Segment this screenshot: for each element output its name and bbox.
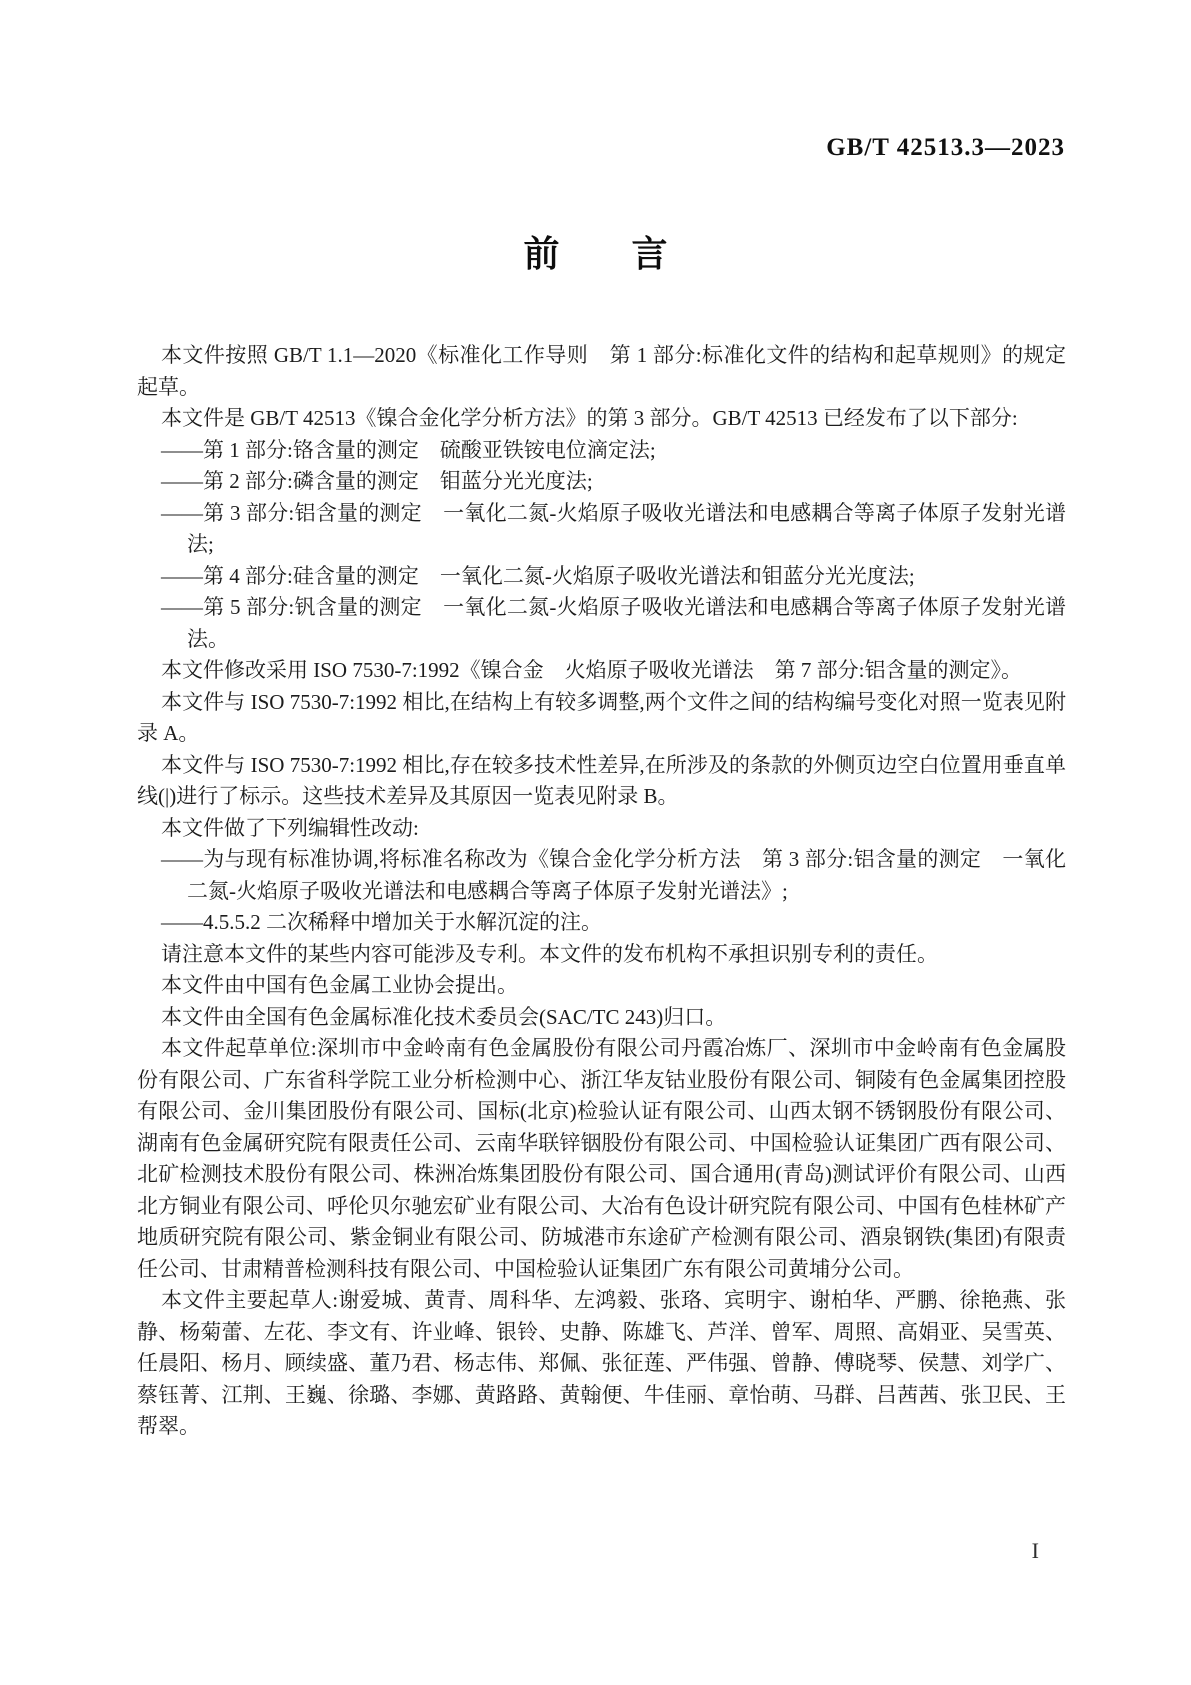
foreword-paragraph: 本文件修改采用 ISO 7530-7:1992《镍合金 火焰原子吸收光谱法 第 … <box>137 655 1066 687</box>
foreword-list-item: ——4.5.5.2 二次稀释中增加关于水解沉淀的注。 <box>137 907 1066 939</box>
foreword-list-item: ——第 3 部分:铝含量的测定 一氧化二氮-火焰原子吸收光谱法和电感耦合等离子体… <box>137 498 1066 561</box>
foreword-paragraph: 请注意本文件的某些内容可能涉及专利。本文件的发布机构不承担识别专利的责任。 <box>137 939 1066 971</box>
standard-number: GB/T 42513.3—2023 <box>137 134 1065 162</box>
foreword-list-item: ——第 2 部分:磷含量的测定 钼蓝分光光度法; <box>137 466 1066 498</box>
document-page: GB/T 42513.3—2023 前 言 本文件按照 GB/T 1.1—202… <box>0 0 1191 1685</box>
foreword-list-item: ——第 4 部分:硅含量的测定 一氧化二氮-火焰原子吸收光谱法和钼蓝分光光度法; <box>137 561 1066 593</box>
foreword-paragraph: 本文件主要起草人:谢爱城、黄青、周科华、左鸿毅、张珞、宾明宇、谢柏华、严鹏、徐艳… <box>137 1285 1066 1443</box>
page-title: 前 言 <box>0 226 1191 277</box>
foreword-paragraph: 本文件与 ISO 7530-7:1992 相比,存在较多技术性差异,在所涉及的条… <box>137 750 1066 813</box>
foreword-paragraph: 本文件做了下列编辑性改动: <box>137 813 1066 845</box>
foreword-paragraph: 本文件由全国有色金属标准化技术委员会(SAC/TC 243)归口。 <box>137 1002 1066 1034</box>
page-number: I <box>1032 1538 1039 1564</box>
foreword-paragraph: 本文件与 ISO 7530-7:1992 相比,在结构上有较多调整,两个文件之间… <box>137 687 1066 750</box>
foreword-list-item: ——为与现有标准协调,将标准名称改为《镍合金化学分析方法 第 3 部分:铝含量的… <box>137 844 1066 907</box>
foreword-list-item: ——第 1 部分:铬含量的测定 硫酸亚铁铵电位滴定法; <box>137 435 1066 467</box>
foreword-paragraph: 本文件按照 GB/T 1.1—2020《标准化工作导则 第 1 部分:标准化文件… <box>137 340 1066 403</box>
foreword-paragraph: 本文件起草单位:深圳市中金岭南有色金属股份有限公司丹霞冶炼厂、深圳市中金岭南有色… <box>137 1033 1066 1285</box>
foreword-paragraph: 本文件是 GB/T 42513《镍合金化学分析方法》的第 3 部分。GB/T 4… <box>137 403 1066 435</box>
foreword-body: 本文件按照 GB/T 1.1—2020《标准化工作导则 第 1 部分:标准化文件… <box>137 340 1066 1443</box>
foreword-list-item: ——第 5 部分:钒含量的测定 一氧化二氮-火焰原子吸收光谱法和电感耦合等离子体… <box>137 592 1066 655</box>
foreword-paragraph: 本文件由中国有色金属工业协会提出。 <box>137 970 1066 1002</box>
